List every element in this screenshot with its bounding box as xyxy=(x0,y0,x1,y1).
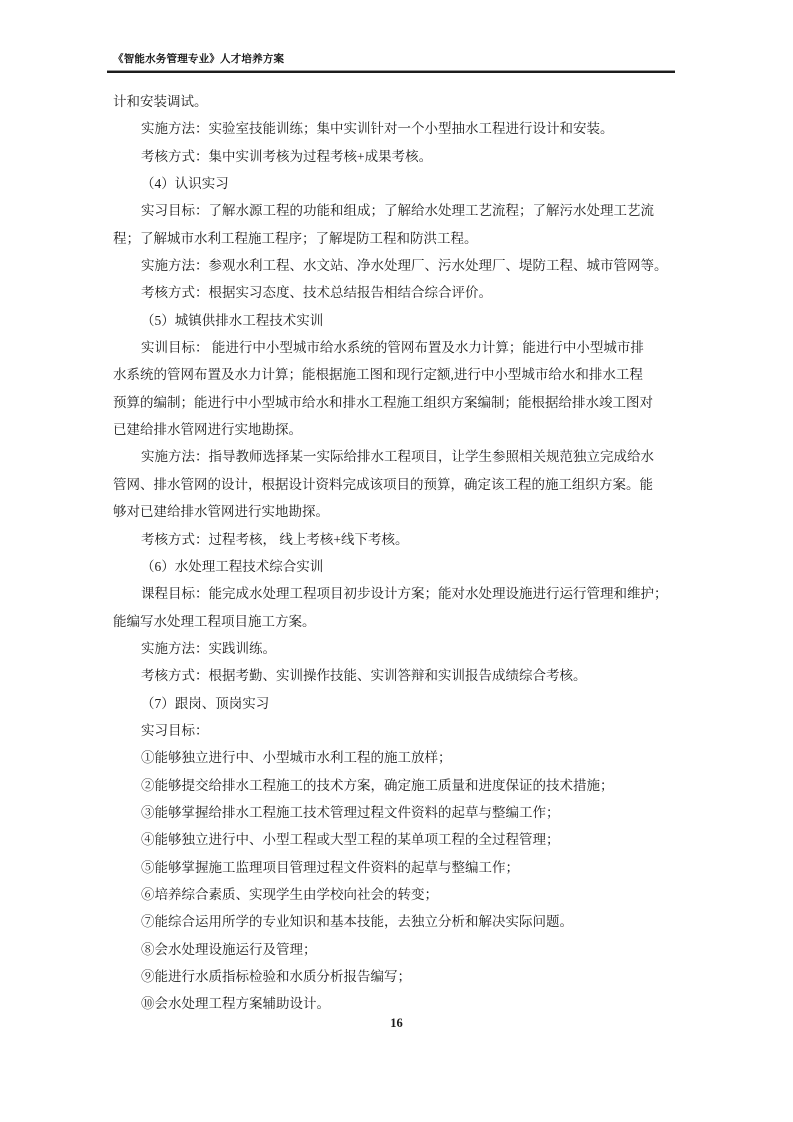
body-line: 实施方法：实验室技能训练；集中实训针对一个小型抽水工程进行设计和安装。 xyxy=(113,115,679,142)
page-number: 16 xyxy=(390,1016,403,1030)
body-line: 考核方式：集中实训考核为过程考核+成果考核。 xyxy=(113,143,679,170)
body-line: 水系统的管网布置及水力计算；能根据施工图和现行定额,进行中小型城市给水和排水工程 xyxy=(113,361,679,388)
body-line: 实施方法：实践训练。 xyxy=(113,635,679,662)
body-line list-item: ⑦能综合运用所学的专业知识和基本技能，去独立分析和解决实际问题。 xyxy=(113,908,679,935)
body-line: 考核方式：根据考勤、实训操作技能、实训答辩和实训报告成绩综合考核。 xyxy=(113,662,679,689)
body-line list-item: ⑨能进行水质指标检验和水质分析报告编写； xyxy=(113,963,679,990)
body-line: 程；了解城市水利工程施工程序；了解堤防工程和防洪工程。 xyxy=(113,225,679,252)
body-line: 实施方法：参观水利工程、水文站、净水处理厂、污水处理厂、堤防工程、城市管网等。 xyxy=(113,252,679,279)
body-line: 实习目标：了解水源工程的功能和组成；了解给水处理工艺流程；了解污水处理工艺流 xyxy=(113,197,679,224)
document-page: 《智能水务管理专业》人才培养方案 计和安装调试。 实施方法：实验室技能训练；集中… xyxy=(0,0,793,1122)
body-line: 实训目标： 能进行中小型城市给水系统的管网布置及水力计算；能进行中小型城市排 xyxy=(113,334,679,361)
header-title: 《智能水务管理专业》人才培养方案 xyxy=(113,51,284,66)
body-line list-item: ②能够提交给排水工程施工的技术方案，确定施工质量和进度保证的技术措施； xyxy=(113,772,679,799)
body-line: 已建给排水管网进行实地勘探。 xyxy=(113,416,679,443)
body-line: 管网、排水管网的设计，根据设计资料完成该项目的预算，确定该工程的施工组织方案。能 xyxy=(113,471,679,498)
body-line: 考核方式：过程考核， 线上考核+线下考核。 xyxy=(113,526,679,553)
body-line section-heading: （7）跟岗、顶岗实习 xyxy=(113,690,679,717)
body-line section-heading: （5）城镇供排水工程技术实训 xyxy=(113,307,679,334)
body-line list-item: ③能够掌握给排水工程施工技术管理过程文件资料的起草与整编工作； xyxy=(113,799,679,826)
body-line list-item: ⑧会水处理设施运行及管理； xyxy=(113,936,679,963)
body-line: 实施方法：指导教师选择某一实际给排水工程项目，让学生参照相关规范独立完成给水 xyxy=(113,443,679,470)
body-line: 课程目标：能完成水处理工程项目初步设计方案；能对水处理设施进行运行管理和维护； xyxy=(113,580,679,607)
body-line: 预算的编制；能进行中小型城市给水和排水工程施工组织方案编制；能根据给排水竣工图对 xyxy=(113,389,679,416)
body-line: 够对已建给排水管网进行实地勘探。 xyxy=(113,498,679,525)
document-body: 计和安装调试。 实施方法：实验室技能训练；集中实训针对一个小型抽水工程进行设计和… xyxy=(113,88,679,1018)
body-line section-heading: （4）认识实习 xyxy=(113,170,679,197)
header-rule xyxy=(107,70,675,73)
body-line list-item: ⑥培养综合素质、实现学生由学校向社会的转变； xyxy=(113,881,679,908)
body-line: 实习目标： xyxy=(113,717,679,744)
body-line list-item: ④能够独立进行中、小型工程或大型工程的某单项工程的全过程管理； xyxy=(113,826,679,853)
body-line list-item: ①能够独立进行中、小型城市水利工程的施工放样； xyxy=(113,744,679,771)
body-line: 计和安装调试。 xyxy=(113,88,679,115)
body-line section-heading: （6）水处理工程技术综合实训 xyxy=(113,553,679,580)
body-line: 考核方式：根据实习态度、技术总结报告相结合综合评价。 xyxy=(113,279,679,306)
body-line: 能编写水处理工程项目施工方案。 xyxy=(113,608,679,635)
page-footer: 16 xyxy=(0,1014,793,1032)
body-line list-item: ⑤能够掌握施工监理项目管理过程文件资料的起草与整编工作； xyxy=(113,854,679,881)
